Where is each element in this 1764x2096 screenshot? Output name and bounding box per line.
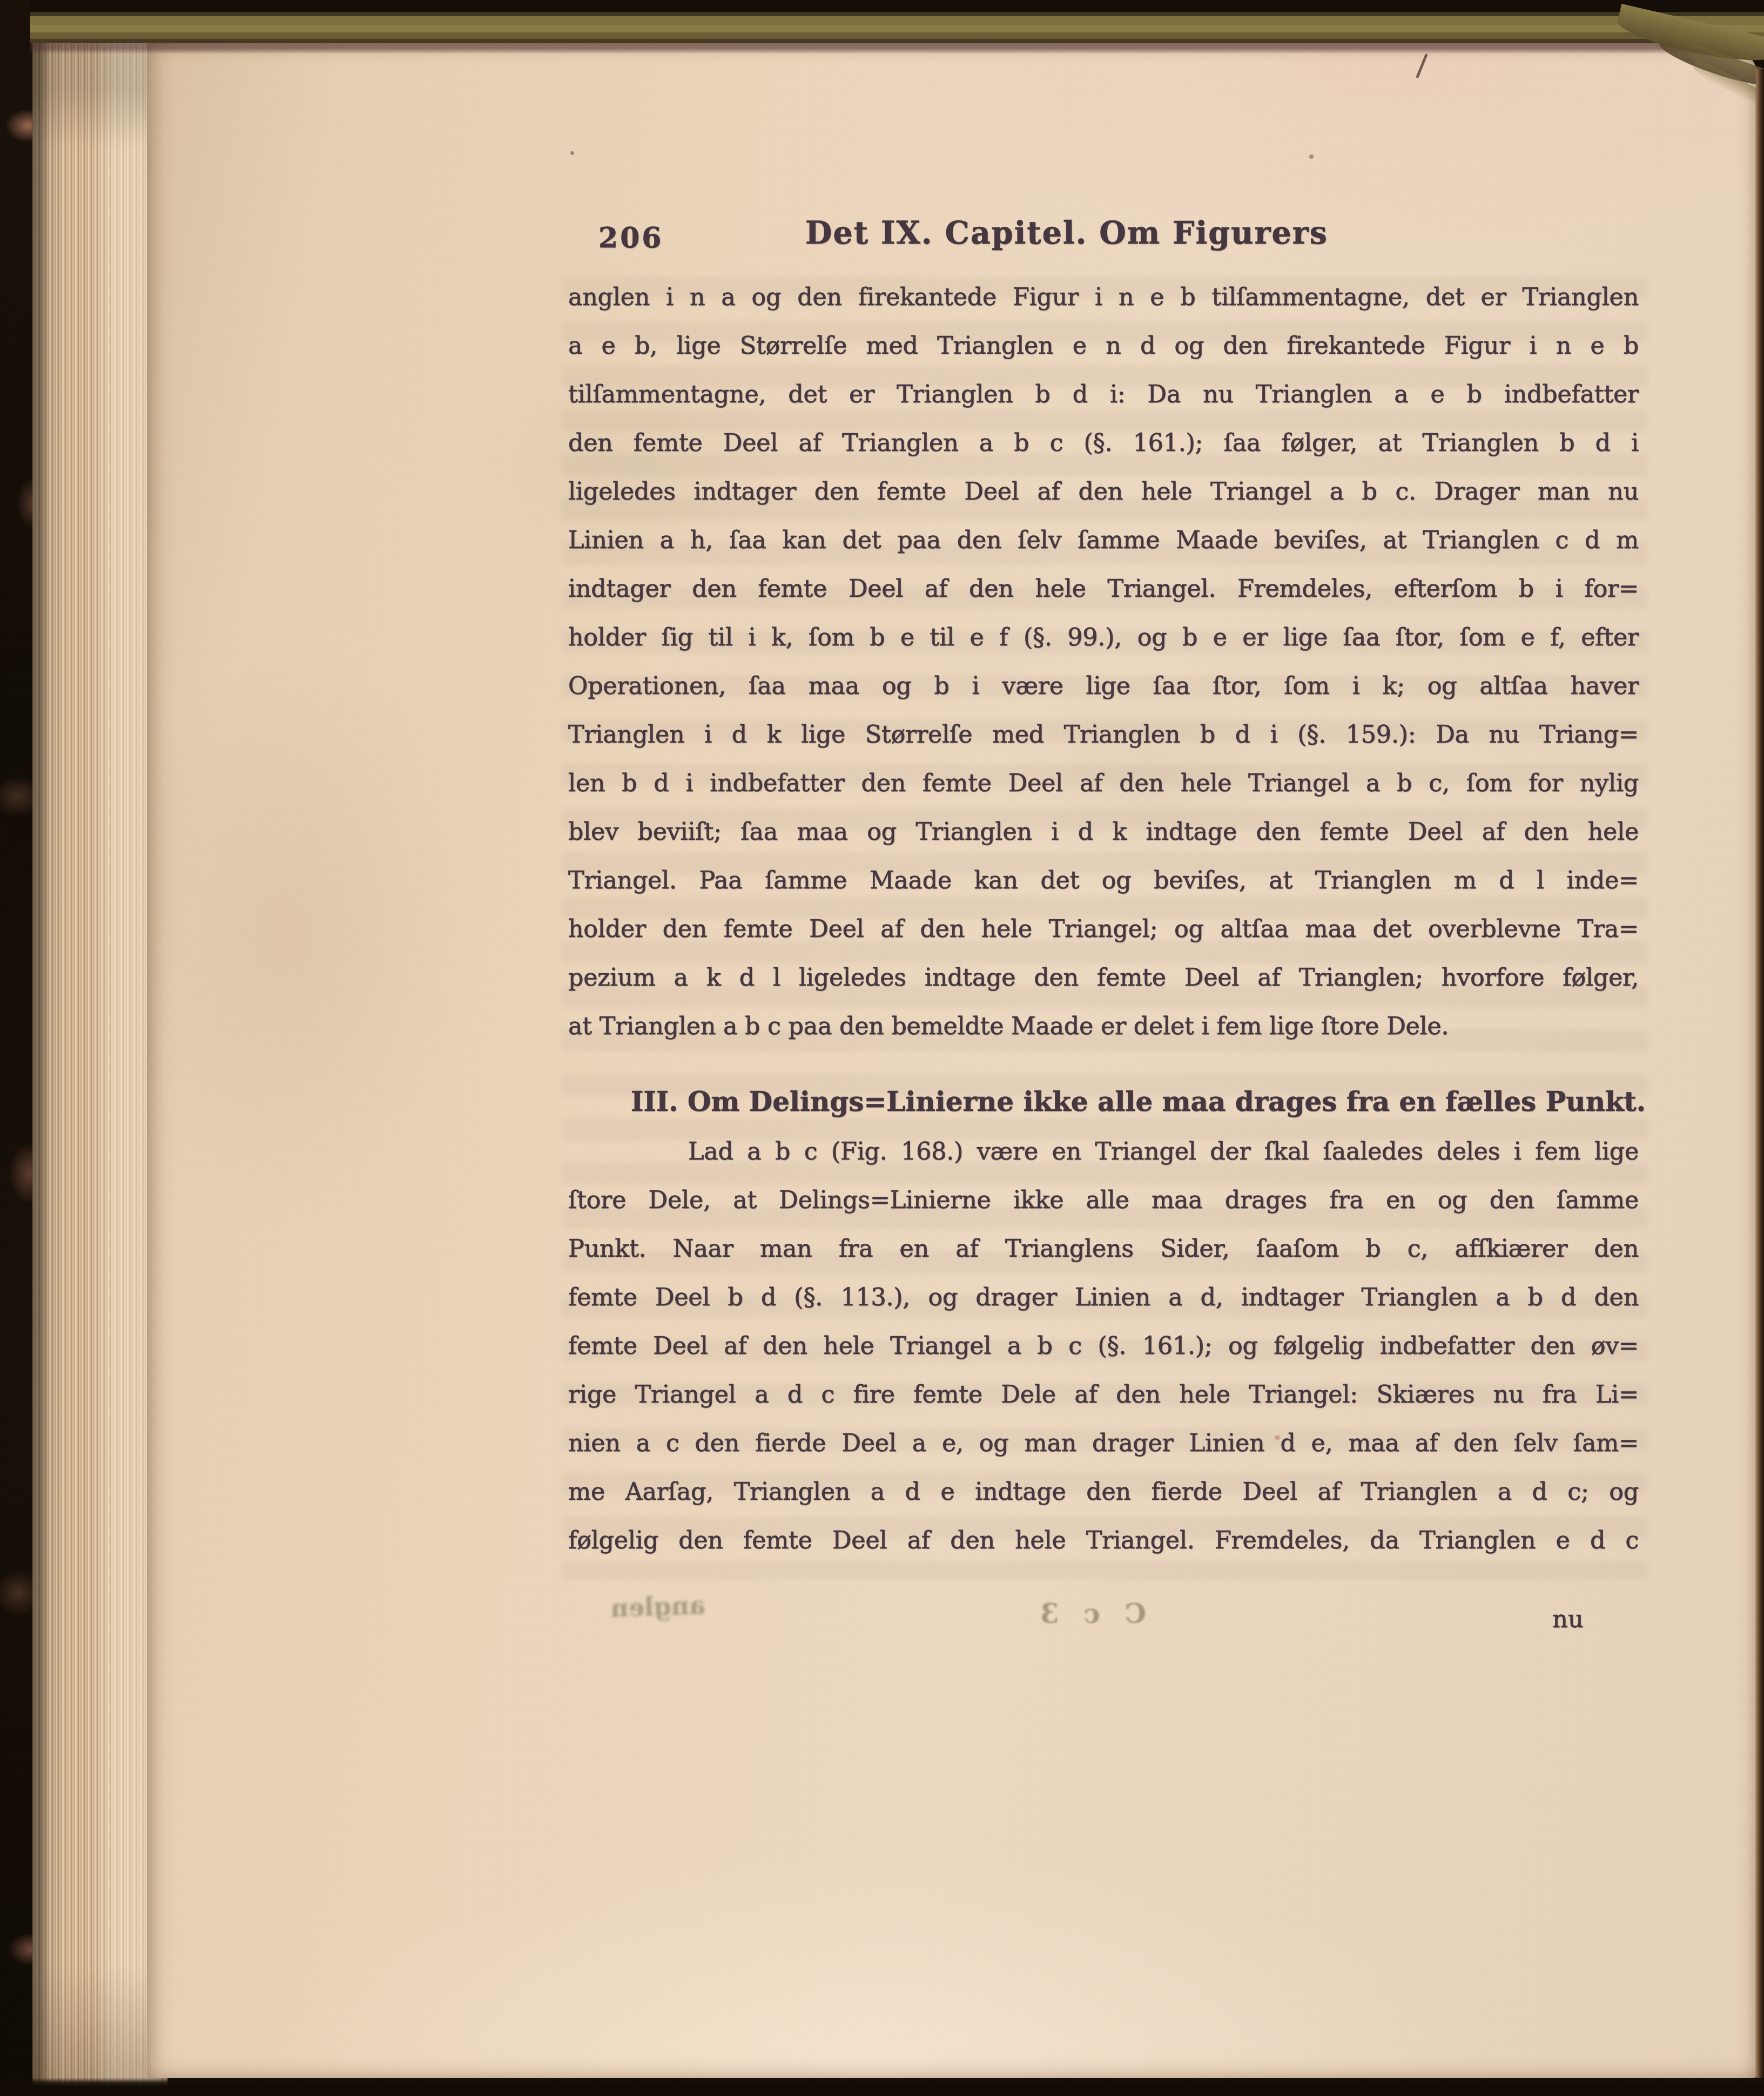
paragraph-continuation: anglen i n a og den firekantede Figur i … <box>568 273 1639 1051</box>
text-line: a e b, lige Størrelſe med Trianglen e n … <box>568 322 1639 370</box>
book-scan: 206 Det IX. Capitel. Om Figurers anglen … <box>0 0 1764 2096</box>
text-line: ligeledes indtager den femte Deel af den… <box>568 468 1639 516</box>
text-line: tilſammentagne, det er Trianglen b d i: … <box>568 370 1639 419</box>
text-line: femte Deel b d (§. 113.), og drager Lini… <box>568 1273 1639 1322</box>
paragraph-body: Lad a b c (Fig. 168.) være en Triangel d… <box>568 1128 1639 1565</box>
paper-speck <box>570 151 574 155</box>
text-line: Triangel. Paa ſamme Maade kan det og bev… <box>568 857 1639 905</box>
catchword: nu <box>568 1603 1639 1635</box>
paper-speck <box>1309 154 1314 159</box>
text-line: følgelig den femte Deel af den hele Tria… <box>568 1517 1639 1565</box>
text-line: Operationen, ſaa maa og b i være lige ſa… <box>568 662 1639 711</box>
text-line: pezium a k d l ligeledes indtage den fem… <box>568 954 1639 1002</box>
text-line: nien a c den fierde Deel a e, og man dra… <box>568 1419 1639 1468</box>
text-line: ſtore Dele, at Delings=Linierne ikke all… <box>568 1176 1639 1225</box>
text-line: blev beviiſt; ſaa maa og Trianglen i d k… <box>568 808 1639 857</box>
text-line: holder ſig til i k, ſom b e til e f (§. … <box>568 614 1639 662</box>
section-heading: III. Om Delings=Linierne ikke alle maa d… <box>631 1077 1641 1127</box>
text-line: rige Triangel a d c fire femte Dele af d… <box>568 1371 1639 1419</box>
text-line: Trianglen i d k lige Størrelſe med Trian… <box>568 711 1639 759</box>
running-header: Det IX. Capitel. Om Figurers <box>805 215 1329 251</box>
text-line: Punkt. Naar man fra en af Trianglens Sid… <box>568 1225 1639 1273</box>
text-line: anglen i n a og den firekantede Figur i … <box>568 273 1639 322</box>
text-line: Lad a b c (Fig. 168.) være en Triangel d… <box>568 1128 1639 1176</box>
bottom-shadow-edge <box>0 2078 1764 2096</box>
page-number: 206 <box>598 221 664 254</box>
text-line: me Aarſag, Trianglen a d e indtage den f… <box>568 1468 1639 1517</box>
text-line: indtager den femte Deel af den hele Tria… <box>568 565 1639 614</box>
text-line: holder den femte Deel af den hele Triang… <box>568 905 1639 954</box>
top-edge-band <box>30 0 1764 54</box>
right-page-edge <box>1755 69 1764 2078</box>
text-line: at Trianglen a b c paa den bemeldte Maad… <box>568 1002 1639 1051</box>
text-line: femte Deel af den hele Triangel a b c (§… <box>568 1322 1639 1371</box>
text-line: len b d i indbefatter den femte Deel af … <box>568 759 1639 808</box>
text-line: Linien a h, ſaa kan det paa den ſelv ſam… <box>568 516 1639 565</box>
text-line: den femte Deel af Trianglen a b c (§. 16… <box>568 419 1639 468</box>
paper-speck <box>1275 1435 1280 1440</box>
